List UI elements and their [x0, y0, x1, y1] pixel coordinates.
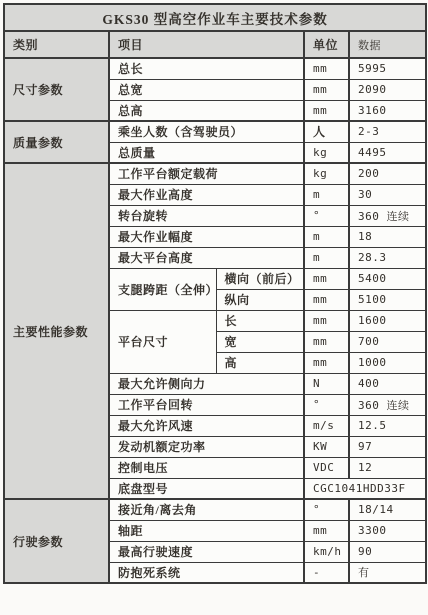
table-row: 主要性能参数 工作平台额定载荷 kg 200	[4, 163, 426, 184]
item-cell: 总高	[109, 100, 304, 121]
value-cell: 28.3	[349, 247, 426, 268]
item-cell: 最大平台高度	[109, 247, 304, 268]
value-cell: 5100	[349, 289, 426, 310]
unit-cell: °	[304, 205, 349, 226]
value-cell: 3160	[349, 100, 426, 121]
value-cell: 90	[349, 541, 426, 562]
unit-cell: mm	[304, 310, 349, 331]
sub-item-cell: 纵向	[216, 289, 304, 310]
value-cell: 12	[349, 457, 426, 478]
category-cell: 主要性能参数	[4, 163, 109, 499]
unit-cell: N	[304, 373, 349, 394]
unit-cell: °	[304, 499, 349, 520]
sub-item-cell: 宽	[216, 331, 304, 352]
unit-cell: m	[304, 226, 349, 247]
unit-cell: 人	[304, 121, 349, 142]
value-cell: 200	[349, 163, 426, 184]
table-title: GKS30 型高空作业车主要技术参数	[4, 4, 426, 31]
value-cell: 1000	[349, 352, 426, 373]
item-cell: 总质量	[109, 142, 304, 163]
value-cell: 4495	[349, 142, 426, 163]
unit-cell: m	[304, 184, 349, 205]
unit-cell: VDC	[304, 457, 349, 478]
item-cell: 控制电压	[109, 457, 304, 478]
item-group-cell: 支腿跨距（全伸）	[109, 268, 216, 310]
value-cell: 3300	[349, 520, 426, 541]
unit-cell: km/h	[304, 541, 349, 562]
table-header-row: 类别 项目 单位 数据	[4, 31, 426, 58]
unit-cell: mm	[304, 520, 349, 541]
value-cell: 30	[349, 184, 426, 205]
value-cell: 有	[349, 562, 426, 583]
value-cell: 360 连续	[349, 394, 426, 415]
item-cell: 乘坐人数（含驾驶员）	[109, 121, 304, 142]
item-group-cell: 平台尺寸	[109, 310, 216, 373]
unit-cell: mm	[304, 352, 349, 373]
unit-cell: mm	[304, 268, 349, 289]
column-header-value: 数据	[349, 31, 426, 58]
value-cell: 5995	[349, 58, 426, 79]
item-cell: 最大作业幅度	[109, 226, 304, 247]
unit-cell: mm	[304, 331, 349, 352]
value-cell: 97	[349, 436, 426, 457]
item-cell: 工作平台额定载荷	[109, 163, 304, 184]
column-header-category: 类别	[4, 31, 109, 58]
category-cell: 尺寸参数	[4, 58, 109, 121]
table-row: 行驶参数 接近角/离去角 ° 18/14	[4, 499, 426, 520]
sub-item-cell: 横向（前后）	[216, 268, 304, 289]
unit-cell: mm	[304, 100, 349, 121]
value-cell: 1600	[349, 310, 426, 331]
unit-cell: m	[304, 247, 349, 268]
value-cell: 360 连续	[349, 205, 426, 226]
unit-cell: kg	[304, 163, 349, 184]
document-page: GKS30 型高空作业车主要技术参数 类别 项目 单位 数据 尺寸参数 总长 m…	[0, 0, 428, 615]
item-cell: 工作平台回转	[109, 394, 304, 415]
value-cell: 700	[349, 331, 426, 352]
value-merged-cell: CGC1041HDD33F	[304, 478, 426, 499]
value-cell: 2090	[349, 79, 426, 100]
spec-table: GKS30 型高空作业车主要技术参数 类别 项目 单位 数据 尺寸参数 总长 m…	[3, 3, 427, 584]
item-cell: 最大允许侧向力	[109, 373, 304, 394]
unit-cell: mm	[304, 79, 349, 100]
item-cell: 轴距	[109, 520, 304, 541]
category-cell: 质量参数	[4, 121, 109, 163]
item-cell: 总长	[109, 58, 304, 79]
value-cell: 18	[349, 226, 426, 247]
item-cell: 最高行驶速度	[109, 541, 304, 562]
table-row: 尺寸参数 总长 mm 5995	[4, 58, 426, 79]
unit-cell: kg	[304, 142, 349, 163]
value-cell: 5400	[349, 268, 426, 289]
column-header-item: 项目	[109, 31, 304, 58]
item-cell: 最大允许风速	[109, 415, 304, 436]
sub-item-cell: 高	[216, 352, 304, 373]
unit-cell: mm	[304, 289, 349, 310]
item-cell: 发动机额定功率	[109, 436, 304, 457]
item-cell: 最大作业高度	[109, 184, 304, 205]
item-cell: 接近角/离去角	[109, 499, 304, 520]
table-row: 质量参数 乘坐人数（含驾驶员） 人 2-3	[4, 121, 426, 142]
item-cell: 总宽	[109, 79, 304, 100]
category-cell: 行驶参数	[4, 499, 109, 583]
value-cell: 400	[349, 373, 426, 394]
value-cell: 18/14	[349, 499, 426, 520]
value-cell: 12.5	[349, 415, 426, 436]
item-cell: 防抱死系统	[109, 562, 304, 583]
unit-cell: m/s	[304, 415, 349, 436]
unit-cell: mm	[304, 58, 349, 79]
column-header-unit: 单位	[304, 31, 349, 58]
table-row: GKS30 型高空作业车主要技术参数	[4, 4, 426, 31]
value-cell: 2-3	[349, 121, 426, 142]
item-cell: 转台旋转	[109, 205, 304, 226]
unit-cell: KW	[304, 436, 349, 457]
sub-item-cell: 长	[216, 310, 304, 331]
unit-cell: -	[304, 562, 349, 583]
item-cell: 底盘型号	[109, 478, 304, 499]
unit-cell: °	[304, 394, 349, 415]
